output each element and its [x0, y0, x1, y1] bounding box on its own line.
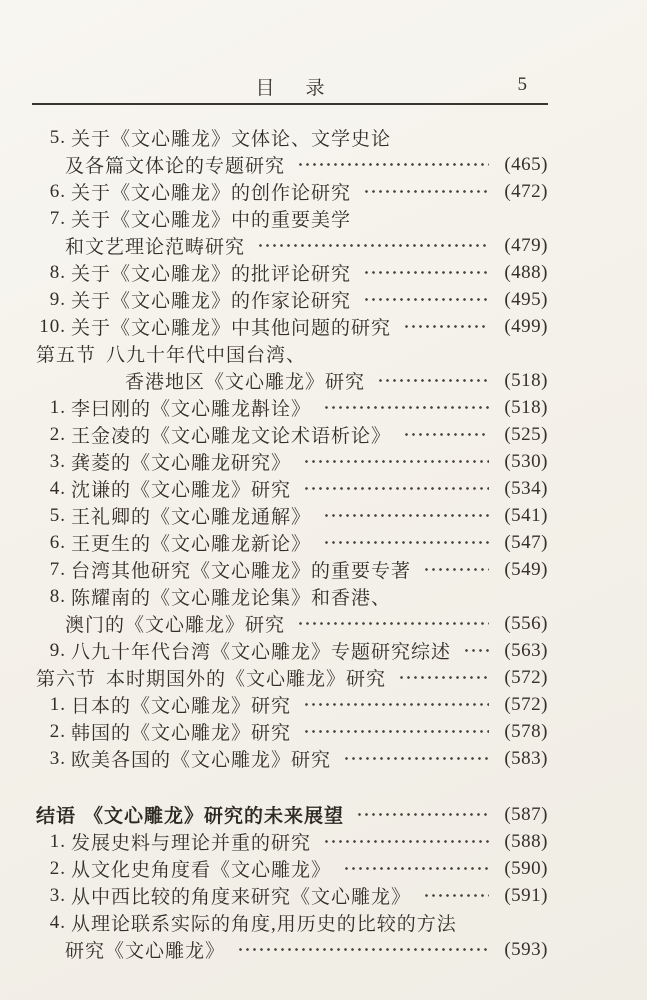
entry-page-number: (530): [496, 451, 548, 473]
entry-number: 1.: [32, 397, 66, 419]
dot-leader: [322, 529, 489, 556]
entry-page-number: (534): [496, 478, 548, 500]
entry-title: 关于《文心雕龙》文体论、文学史论: [71, 124, 391, 151]
entry-title: 从理论联系实际的角度,用历史的比较的方法: [71, 909, 457, 936]
entry-number: 2.: [32, 721, 66, 743]
section-label: 第六节: [36, 664, 96, 691]
entry-number: 8.: [32, 262, 66, 284]
entry-page-number: (587): [496, 804, 548, 826]
dot-leader: [322, 828, 489, 855]
toc-row: 3.欧美各国的《文心雕龙》研究(583): [32, 745, 548, 772]
toc-row: 9.关于《文心雕龙》的作家论研究(495): [32, 286, 548, 313]
entry-page-number: (499): [496, 316, 548, 338]
toc-list: 5.关于《文心雕龙》文体论、文学史论及各篇文体论的专题研究(465)6.关于《文…: [32, 124, 548, 963]
entry-page-number: (472): [496, 181, 548, 203]
entry-title: 发展史料与理论并重的研究: [71, 828, 311, 855]
entry-title-continued: 澳门的《文心雕龙》研究: [65, 610, 285, 637]
entry-number: 2.: [32, 858, 66, 880]
toc-row-continuation: 香港地区《文心雕龙》研究(518): [32, 367, 548, 394]
entry-title: 沈谦的《文心雕龙》研究: [71, 475, 291, 502]
entry-number: 7.: [32, 559, 66, 581]
toc-row: 4.沈谦的《文心雕龙》研究(534): [32, 475, 548, 502]
scanned-page: 目 录 5 5.关于《文心雕龙》文体论、文学史论及各篇文体论的专题研究(465)…: [0, 0, 647, 1000]
entry-number: 3.: [32, 748, 66, 770]
entry-page-number: (590): [496, 858, 548, 880]
dot-leader: [302, 448, 489, 475]
entry-title-continued: 香港地区《文心雕龙》研究: [125, 367, 365, 394]
entry-title: 日本的《文心雕龙》研究: [71, 691, 291, 718]
entry-number: 8.: [32, 586, 66, 608]
entry-title: 韩国的《文心雕龙》研究: [71, 718, 291, 745]
dot-leader: [296, 610, 489, 637]
entry-page-number: (563): [496, 640, 548, 662]
toc-row: 6.王更生的《文心雕龙新论》(547): [32, 529, 548, 556]
toc-row: 9.八九十年代台湾《文心雕龙》专题研究综述(563): [32, 637, 548, 664]
entry-page-number: (488): [496, 262, 548, 284]
entry-title: 八九十年代中国台湾、: [106, 340, 306, 367]
toc-row: 5.王礼卿的《文心雕龙通解》(541): [32, 502, 548, 529]
entry-number: 4.: [32, 478, 66, 500]
dot-leader: [422, 556, 489, 583]
entry-title: 王更生的《文心雕龙新论》: [71, 529, 311, 556]
entry-number: 9.: [32, 289, 66, 311]
entry-number: 5.: [32, 127, 66, 149]
entry-number: 9.: [32, 640, 66, 662]
toc-row: 2.从文化史角度看《文心雕龙》(590): [32, 855, 548, 882]
entry-page-number: (549): [496, 559, 548, 581]
dot-leader: [322, 502, 489, 529]
dot-leader: [355, 801, 489, 828]
dot-leader: [362, 286, 489, 313]
entry-title: 八九十年代台湾《文心雕龙》专题研究综述: [71, 637, 451, 664]
entry-title-continued: 研究《文心雕龙》: [65, 936, 225, 963]
entry-number: 6.: [32, 532, 66, 554]
toc-row: 1.发展史料与理论并重的研究(588): [32, 828, 548, 855]
dot-leader: [362, 178, 489, 205]
entry-title: 王礼卿的《文心雕龙通解》: [71, 502, 311, 529]
entry-number: 7.: [32, 208, 66, 230]
toc-row: 10.关于《文心雕龙》中其他问题的研究(499): [32, 313, 548, 340]
entry-title: 从中西比较的角度来研究《文心雕龙》: [71, 882, 411, 909]
toc-row: 结语《文心雕龙》研究的未来展望(587): [32, 801, 548, 828]
dot-leader: [402, 421, 489, 448]
toc-row: 7.关于《文心雕龙》中的重要美学: [32, 205, 548, 232]
entry-page-number: (593): [496, 939, 548, 961]
toc-row: 3.龚菱的《文心雕龙研究》(530): [32, 448, 548, 475]
entry-title: 欧美各国的《文心雕龙》研究: [71, 745, 331, 772]
entry-page-number: (572): [496, 694, 548, 716]
dot-leader: [422, 882, 489, 909]
entry-number: 3.: [32, 885, 66, 907]
entry-number: 6.: [32, 181, 66, 203]
entry-page-number: (495): [496, 289, 548, 311]
entry-title: 关于《文心雕龙》的创作论研究: [71, 178, 351, 205]
toc-row: 第五节八九十年代中国台湾、: [32, 340, 548, 367]
entry-title: 台湾其他研究《文心雕龙》的重要专著: [71, 556, 411, 583]
dot-leader: [362, 259, 489, 286]
toc-row: 3.从中西比较的角度来研究《文心雕龙》(591): [32, 882, 548, 909]
entry-title-continued: 及各篇文体论的专题研究: [65, 151, 285, 178]
entry-page-number: (578): [496, 721, 548, 743]
entry-title: 王金凌的《文心雕龙文论术语析论》: [71, 421, 391, 448]
entry-page-number: (591): [496, 885, 548, 907]
dot-leader: [296, 151, 489, 178]
section-label: 结语: [36, 801, 76, 828]
entry-number: 3.: [32, 451, 66, 473]
entry-title: 关于《文心雕龙》的批评论研究: [71, 259, 351, 286]
header-page-number: 5: [518, 74, 528, 96]
dot-leader: [462, 637, 489, 664]
entry-title: 李曰刚的《文心雕龙斠诠》: [71, 394, 311, 421]
entry-number: 2.: [32, 424, 66, 446]
dot-leader: [302, 691, 489, 718]
entry-number: 4.: [32, 912, 66, 934]
entry-title: 龚菱的《文心雕龙研究》: [71, 448, 291, 475]
dot-leader: [376, 367, 489, 394]
entry-title: 陈耀南的《文心雕龙论集》和香港、: [71, 583, 391, 610]
toc-row: 6.关于《文心雕龙》的创作论研究(472): [32, 178, 548, 205]
dot-leader: [322, 394, 489, 421]
section-label: 第五节: [36, 340, 96, 367]
toc-row-continuation: 澳门的《文心雕龙》研究(556): [32, 610, 548, 637]
page-header: 目 录 5: [32, 0, 548, 98]
entry-page-number: (547): [496, 532, 548, 554]
entry-title: 关于《文心雕龙》中的重要美学: [71, 205, 351, 232]
dot-leader: [302, 718, 489, 745]
entry-title: 关于《文心雕龙》中其他问题的研究: [71, 313, 391, 340]
entry-page-number: (518): [496, 370, 548, 392]
dot-leader: [402, 313, 489, 340]
toc-row: 5.关于《文心雕龙》文体论、文学史论: [32, 124, 548, 151]
entry-page-number: (541): [496, 505, 548, 527]
entry-number: 1.: [32, 694, 66, 716]
entry-title: 《文心雕龙》研究的未来展望: [84, 801, 344, 828]
toc-row-continuation: 研究《文心雕龙》(593): [32, 936, 548, 963]
dot-leader: [342, 855, 489, 882]
toc-row: 8.关于《文心雕龙》的批评论研究(488): [32, 259, 548, 286]
dot-leader: [256, 232, 489, 259]
toc-row: 2.王金凌的《文心雕龙文论术语析论》(525): [32, 421, 548, 448]
header-rule: [32, 103, 548, 105]
toc-row-continuation: 及各篇文体论的专题研究(465): [32, 151, 548, 178]
entry-page-number: (518): [496, 397, 548, 419]
entry-title: 关于《文心雕龙》的作家论研究: [71, 286, 351, 313]
entry-page-number: (556): [496, 613, 548, 635]
entry-title-continued: 和文艺理论范畴研究: [65, 232, 245, 259]
toc-row: 8.陈耀南的《文心雕龙论集》和香港、: [32, 583, 548, 610]
toc-row: 第六节本时期国外的《文心雕龙》研究(572): [32, 664, 548, 691]
toc-row: 1.李曰刚的《文心雕龙斠诠》(518): [32, 394, 548, 421]
entry-title: 从文化史角度看《文心雕龙》: [71, 855, 331, 882]
toc-row: 4.从理论联系实际的角度,用历史的比较的方法: [32, 909, 548, 936]
entry-number: 5.: [32, 505, 66, 527]
page-content: 目 录 5 5.关于《文心雕龙》文体论、文学史论及各篇文体论的专题研究(465)…: [32, 0, 548, 963]
entry-number: 10.: [32, 316, 66, 338]
entry-page-number: (465): [496, 154, 548, 176]
toc-row-continuation: 和文艺理论范畴研究(479): [32, 232, 548, 259]
dot-leader: [397, 664, 489, 691]
dot-leader: [342, 745, 489, 772]
entry-page-number: (572): [496, 667, 548, 689]
entry-page-number: (525): [496, 424, 548, 446]
dot-leader: [236, 936, 489, 963]
toc-row: 1.日本的《文心雕龙》研究(572): [32, 691, 548, 718]
toc-row: 7.台湾其他研究《文心雕龙》的重要专著(549): [32, 556, 548, 583]
toc-row: 2.韩国的《文心雕龙》研究(578): [32, 718, 548, 745]
entry-title: 本时期国外的《文心雕龙》研究: [106, 664, 386, 691]
dot-leader: [302, 475, 489, 502]
entry-page-number: (479): [496, 235, 548, 257]
entry-page-number: (583): [496, 748, 548, 770]
toc-header-title: 目 录: [38, 73, 548, 100]
entry-page-number: (588): [496, 831, 548, 853]
entry-number: 1.: [32, 831, 66, 853]
